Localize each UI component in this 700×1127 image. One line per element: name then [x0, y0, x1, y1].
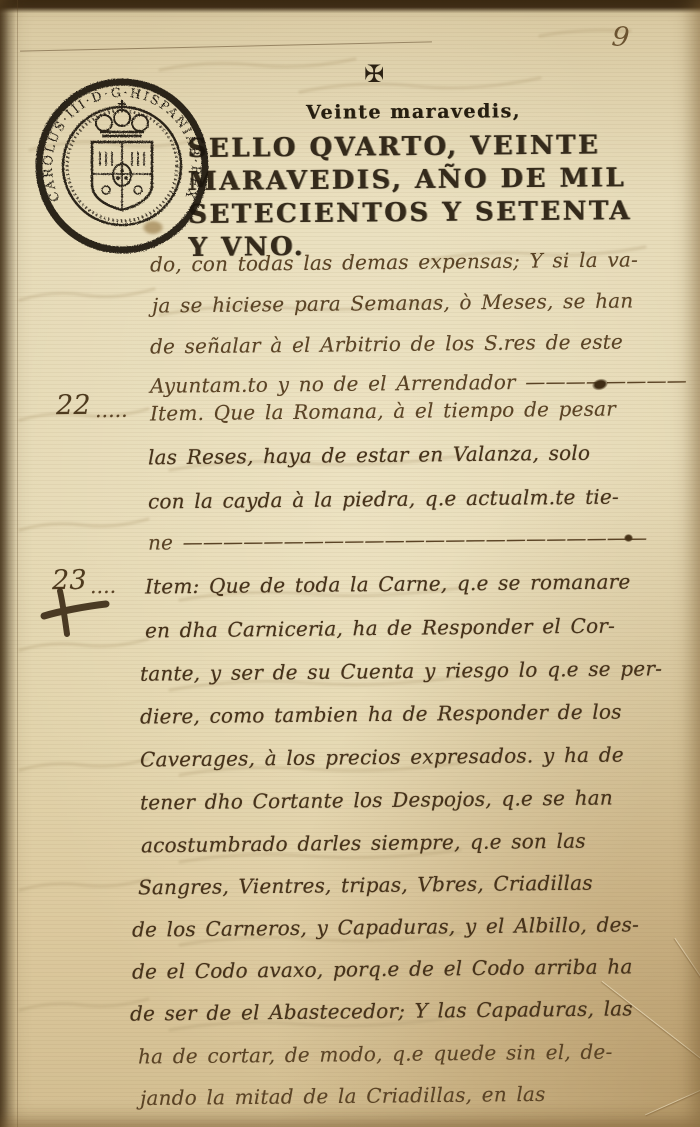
- paper-crease: [645, 1066, 700, 1116]
- tax-caption: Veinte maravedis,: [306, 100, 521, 123]
- handwritten-line: ne ———————————————————————: [148, 525, 648, 554]
- page-top-edge: [0, 0, 700, 13]
- royal-stamp-seal: CAROLUS·III·D·G·HISPANIAR·REX: [34, 78, 210, 254]
- printed-line: SETECIENTOS Y SETENTA: [188, 195, 648, 232]
- handwritten-line: Ayuntam.to y no de el Arrendador ———————…: [150, 368, 687, 398]
- printed-line: MARAVEDIS, AÑO DE MIL: [188, 162, 648, 199]
- handwritten-line: diere, como tambien ha de Responder de l…: [140, 699, 622, 728]
- handwritten-line: Item: Que de toda la Carne, q.e se roman…: [145, 569, 631, 598]
- page-number: 9: [610, 21, 630, 54]
- handwritten-line: de ser de el Abastecedor; Y las Capadura…: [130, 996, 633, 1025]
- handwritten-line: de los Carneros, y Capaduras, y el Albil…: [132, 912, 639, 941]
- margin-fold-line: [17, 0, 18, 1127]
- handwritten-line: tener dho Cortante los Despojos, q.e se …: [140, 786, 613, 815]
- handwritten-line: do, con todas las demas expensas; Y si l…: [150, 247, 638, 276]
- handwritten-line: en dha Carniceria, ha de Responder el Co…: [145, 614, 615, 643]
- item-number-22: 22: [56, 390, 91, 421]
- manuscript-page: 9 ✠ Veinte maravedis, SELLO QVARTO, VEIN…: [0, 0, 700, 1127]
- handwritten-line: de señalar à el Arbitrio de los S.res de…: [150, 330, 623, 359]
- handwritten-line: las Reses, haya de estar en Valanza, sol…: [148, 441, 590, 470]
- printed-line: SELLO QVARTO, VEINTE: [187, 129, 647, 166]
- page-binding-edge: [0, 0, 16, 1127]
- handwritten-line: ja se hiciese para Semanas, ò Meses, se …: [152, 288, 634, 317]
- handwritten-line: Caverages, à los precios expresados. y h…: [140, 742, 624, 771]
- handwritten-line: tante, y ser de su Cuenta y riesgo lo q.…: [140, 656, 662, 685]
- handwritten-line: de el Codo avaxo, porq.e de el Codo arri…: [132, 954, 633, 983]
- handwritten-line: con la cayda à la piedra, q.e actualm.te…: [148, 485, 619, 514]
- printed-seal-text-block: SELLO QVARTO, VEINTE MARAVEDIS, AÑO DE M…: [187, 129, 648, 265]
- paper-crease: [674, 938, 700, 1013]
- handwritten-line: acostumbrado darles siempre, q.e son las: [141, 829, 586, 858]
- handwritten-line: ha de cortar, de modo, q.e quede sin el,…: [138, 1040, 613, 1069]
- maltese-cross-icon: ✠: [364, 60, 384, 88]
- header-rule-line: [20, 41, 432, 51]
- margin-cross-mark: [38, 586, 112, 638]
- handwritten-line: Item. Que la Romana, à el tiempo de pesa…: [150, 397, 616, 426]
- handwritten-line: Sangres, Vientres, tripas, Vbres, Criadi…: [138, 871, 593, 900]
- handwritten-line: jando la mitad de la Criadillas, en las: [140, 1082, 546, 1110]
- item-dots: .....: [95, 398, 128, 422]
